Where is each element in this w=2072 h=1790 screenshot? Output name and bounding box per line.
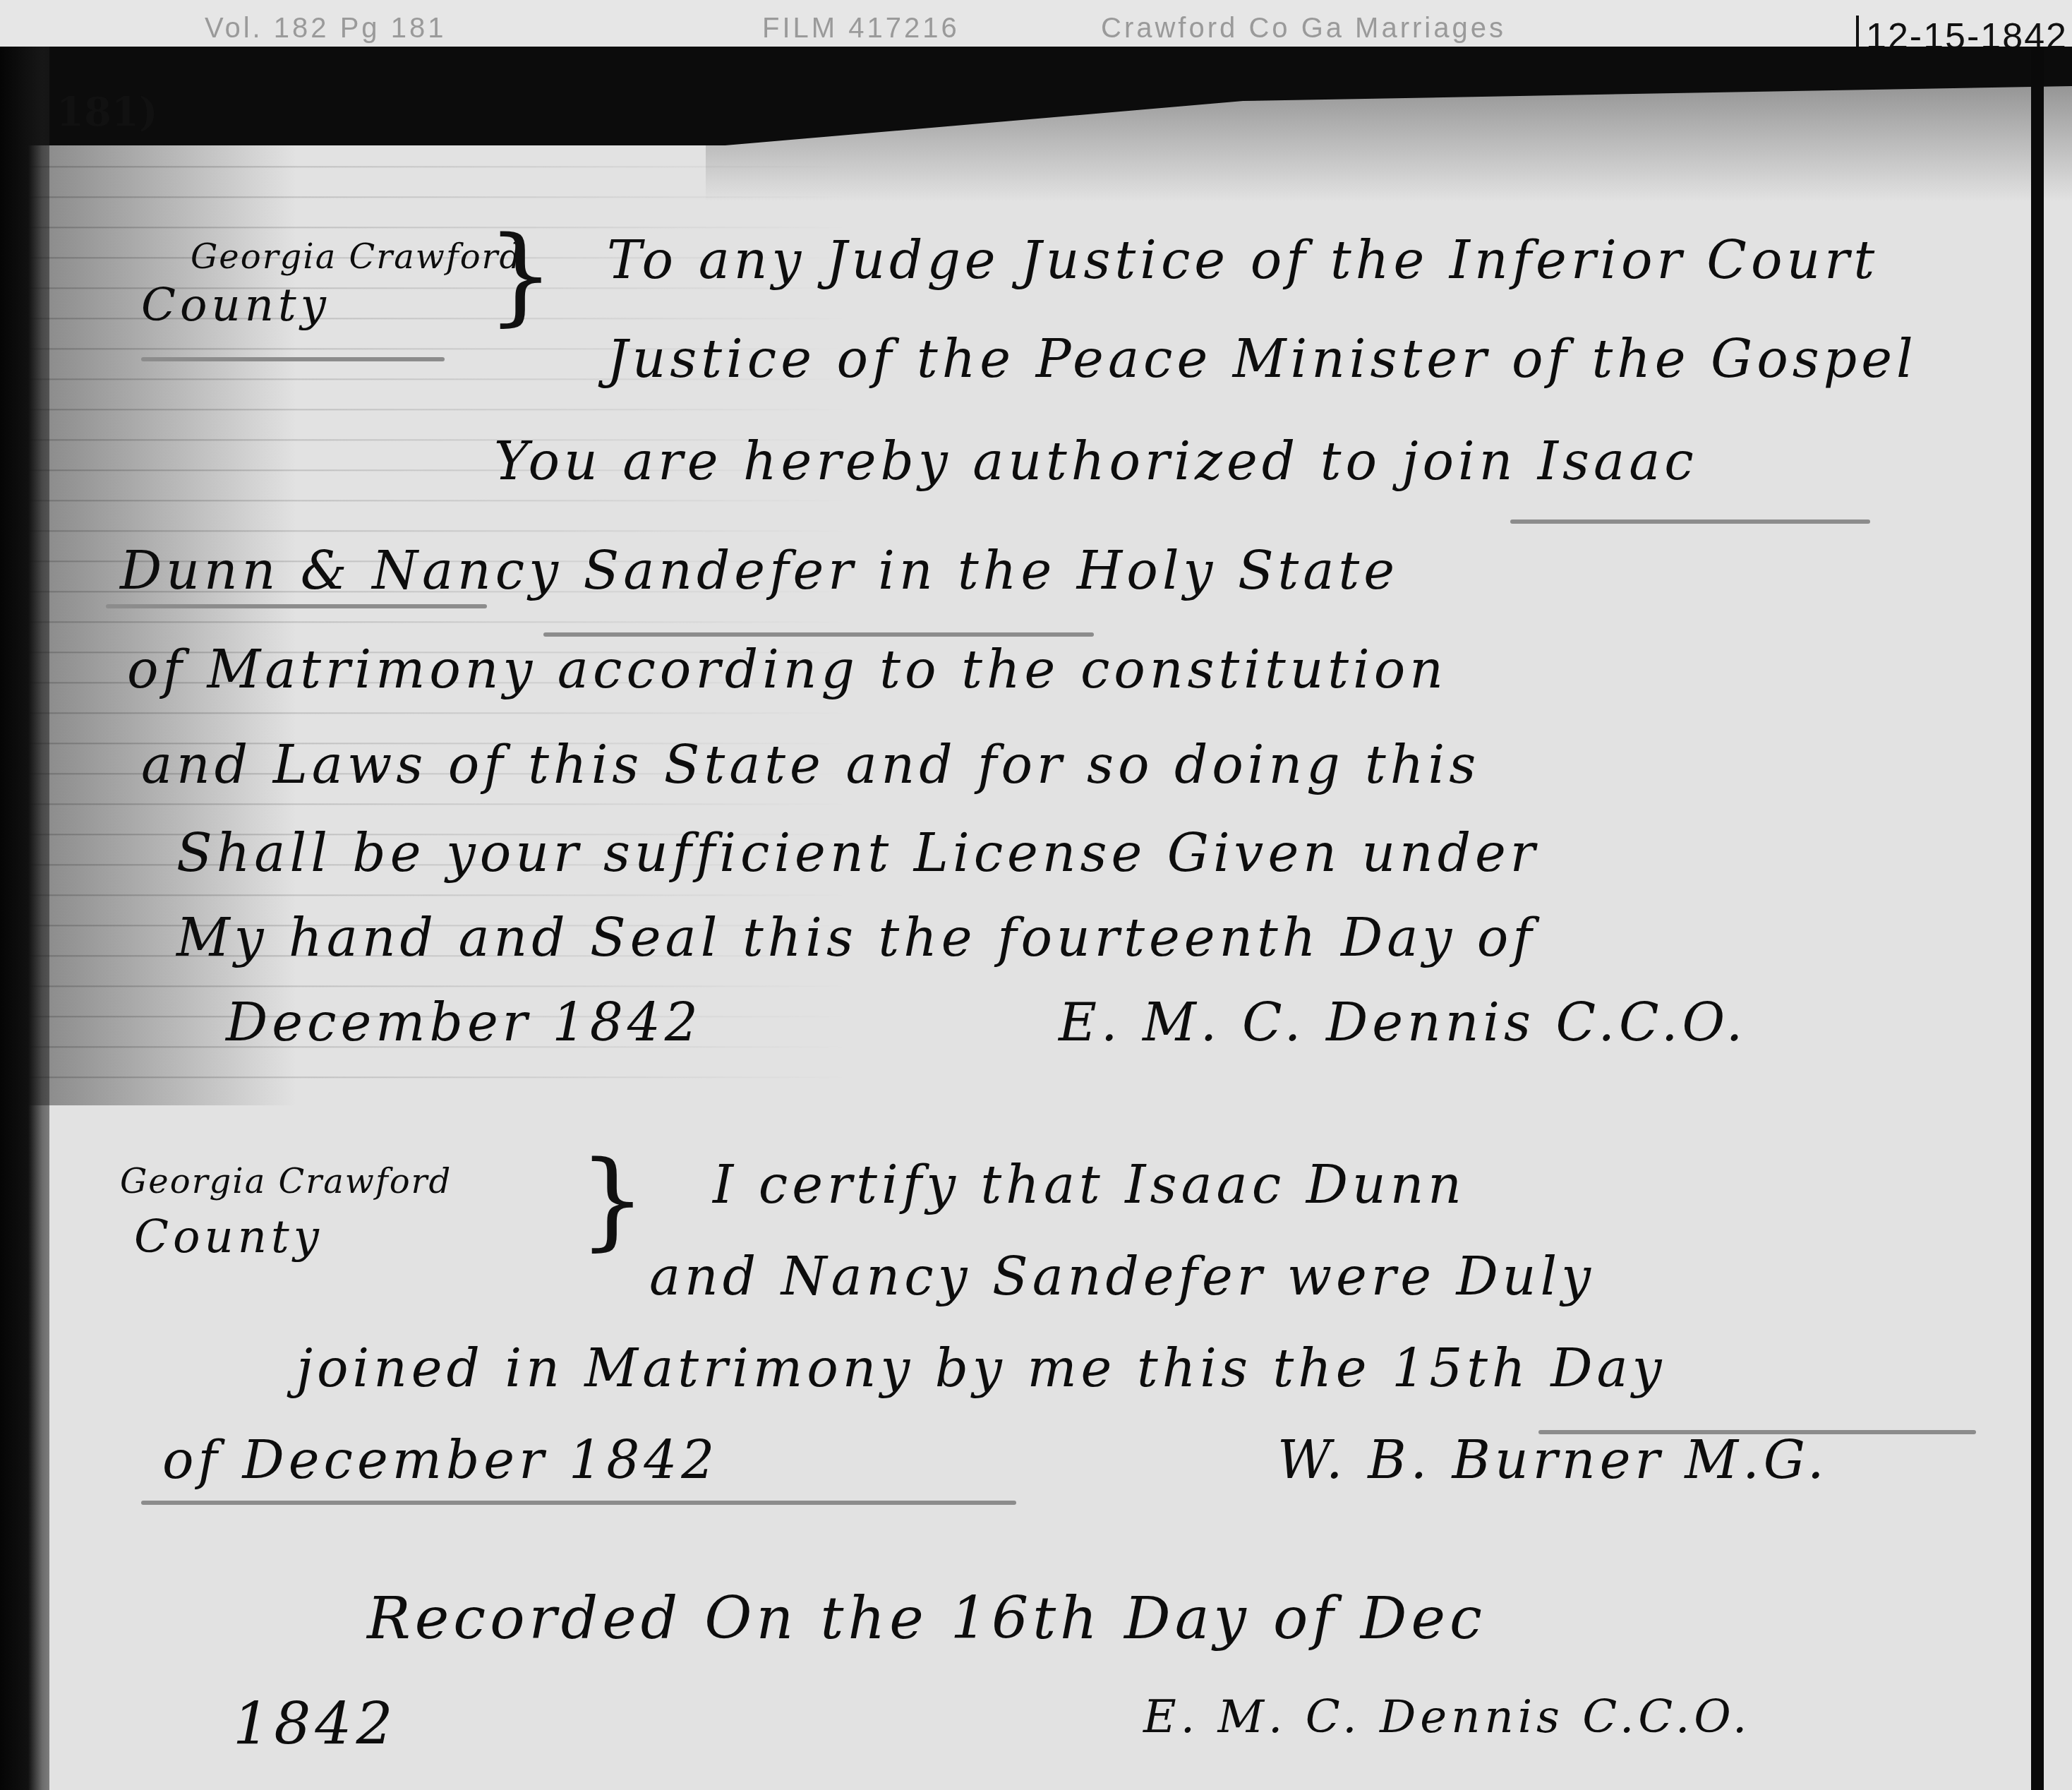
certificate-state: Georgia Crawford — [120, 1162, 452, 1201]
document-page: 181) Georgia Crawford County } To any Ju… — [0, 47, 2072, 1790]
archive-header-strip: Vol. 182 Pg 181 FILM 417216 Crawford Co … — [0, 0, 2072, 49]
license-line-9: December 1842 — [226, 992, 702, 1053]
certificate-line-4: of December 1842 — [162, 1430, 718, 1491]
license-line-8: My hand and Seal this the fourteenth Day… — [176, 908, 1536, 968]
groom-name-underline — [1510, 519, 1870, 524]
license-line-4: Dunn & Nancy Sandefer in the Holy State — [120, 541, 1399, 601]
right-margin-rule — [2031, 47, 2044, 1790]
certificate-signature: W. B. Burner M.G. — [1277, 1430, 1829, 1491]
certificate-line-1: I certify that Isaac Dunn — [713, 1155, 1466, 1215]
license-line-2: Justice of the Peace Minister of the Gos… — [607, 329, 1917, 390]
license-line-3: You are hereby authorized to join Isaac — [494, 431, 1698, 492]
license-state: Georgia Crawford — [191, 237, 522, 277]
certificate-line-2: and Nancy Sandefer were Duly — [649, 1247, 1595, 1307]
jurisdiction-brace: } — [487, 223, 554, 329]
license-county: County — [141, 280, 330, 332]
recorded-line-1: Recorded On the 16th Day of Dec — [367, 1585, 1486, 1652]
collection-note: Crawford Co Ga Marriages — [1101, 13, 1506, 44]
license-signature: E. M. C. Dennis C.C.O. — [1059, 992, 1747, 1053]
recording-signature: E. M. C. Dennis C.C.O. — [1143, 1691, 1751, 1743]
license-line-5: of Matrimony according to the constituti… — [127, 639, 1447, 700]
certificate-brace: } — [579, 1148, 646, 1254]
recorded-line-2: 1842 — [233, 1691, 397, 1758]
certificate-line-3: joined in Matrimony by me this the 15th … — [296, 1338, 1666, 1399]
volume-page-note: Vol. 182 Pg 181 — [205, 13, 446, 44]
certificate-county: County — [134, 1211, 323, 1263]
film-number-note: FILM 417216 — [762, 13, 960, 44]
scan-dark-left-edge — [0, 47, 49, 1790]
bride-name-underline — [543, 632, 1094, 637]
county-underline — [141, 357, 445, 361]
license-line-1: To any Judge Justice of the Inferior Cou… — [607, 230, 1879, 291]
license-line-7: Shall be your sufficient License Given u… — [176, 823, 1539, 884]
page-number: 181) — [56, 89, 157, 136]
groom-surname-underline — [106, 604, 487, 608]
license-line-6: and Laws of this State and for so doing … — [141, 735, 1480, 795]
certificate-date-underline — [141, 1501, 1016, 1505]
